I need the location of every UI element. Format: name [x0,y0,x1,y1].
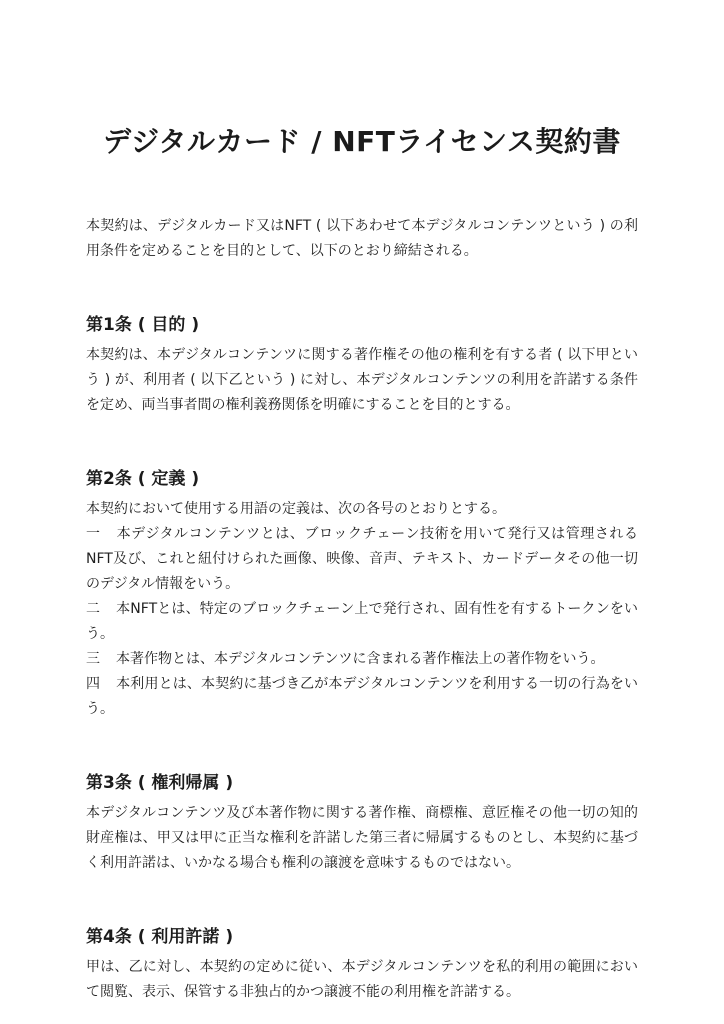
article-4: 第4条 ( 利用許諾 ) 甲は、乙に対し、本契約の定めに従い、本デジタルコンテン… [86,924,638,1005]
article-2: 第2条 ( 定義 ) 本契約において使用する用語の定義は、次の各号のとおりとする… [86,466,638,722]
definition-item-1-text: 本デジタルコンテンツとは、ブロックチェーン技術を用いて発行又は管理されるNFT及… [86,526,638,592]
article-2-lead: 本契約において使用する用語の定義は、次の各号のとおりとする。 [86,497,638,522]
definition-item-3-text: 本著作物とは、本デジタルコンテンツに含まれる著作権法上の著作物をいう。 [116,651,604,667]
article-4-body: 甲は、乙に対し、本契約の定めに従い、本デジタルコンテンツを私的利用の範囲において… [86,955,638,1005]
article-2-heading: 第2条 ( 定義 ) [86,466,638,492]
definition-item-4: 四本利用とは、本契約に基づき乙が本デジタルコンテンツを利用する一切の行為をいう。 [86,672,638,722]
article-3-body: 本デジタルコンテンツ及び本著作物に関する著作権、商標権、意匠権その他一切の知的財… [86,801,638,876]
definition-item-2-number: 二 [86,601,100,617]
document-page: デジタルカード / NFTライセンス契約書 本契約は、デジタルカード又はNFT … [0,0,724,1024]
article-1-body: 本契約は、本デジタルコンテンツに関する著作権その他の権利を有する者 ( 以下甲と… [86,343,638,418]
definition-item-2-text: 本NFTとは、特定のブロックチェーン上で発行され、固有性を有するトークンをいう。 [86,601,638,642]
definition-item-3: 三本著作物とは、本デジタルコンテンツに含まれる著作権法上の著作物をいう。 [86,647,638,672]
document-title: デジタルカード / NFTライセンス契約書 [86,0,638,162]
article-3: 第3条 ( 権利帰属 ) 本デジタルコンテンツ及び本著作物に関する著作権、商標権… [86,770,638,876]
definition-item-1: 一本デジタルコンテンツとは、ブロックチェーン技術を用いて発行又は管理されるNFT… [86,522,638,597]
intro-paragraph: 本契約は、デジタルカード又はNFT ( 以下あわせて本デジタルコンテンツという … [86,214,638,264]
definition-item-2: 二本NFTとは、特定のブロックチェーン上で発行され、固有性を有するトークンをいう… [86,597,638,647]
article-1-heading: 第1条 ( 目的 ) [86,312,638,338]
article-3-heading: 第3条 ( 権利帰属 ) [86,770,638,796]
definition-item-3-number: 三 [86,651,100,667]
article-1: 第1条 ( 目的 ) 本契約は、本デジタルコンテンツに関する著作権その他の権利を… [86,312,638,418]
definition-item-1-number: 一 [86,526,101,542]
article-4-heading: 第4条 ( 利用許諾 ) [86,924,638,950]
definition-item-4-number: 四 [86,676,100,692]
definition-item-4-text: 本利用とは、本契約に基づき乙が本デジタルコンテンツを利用する一切の行為をいう。 [86,676,638,717]
